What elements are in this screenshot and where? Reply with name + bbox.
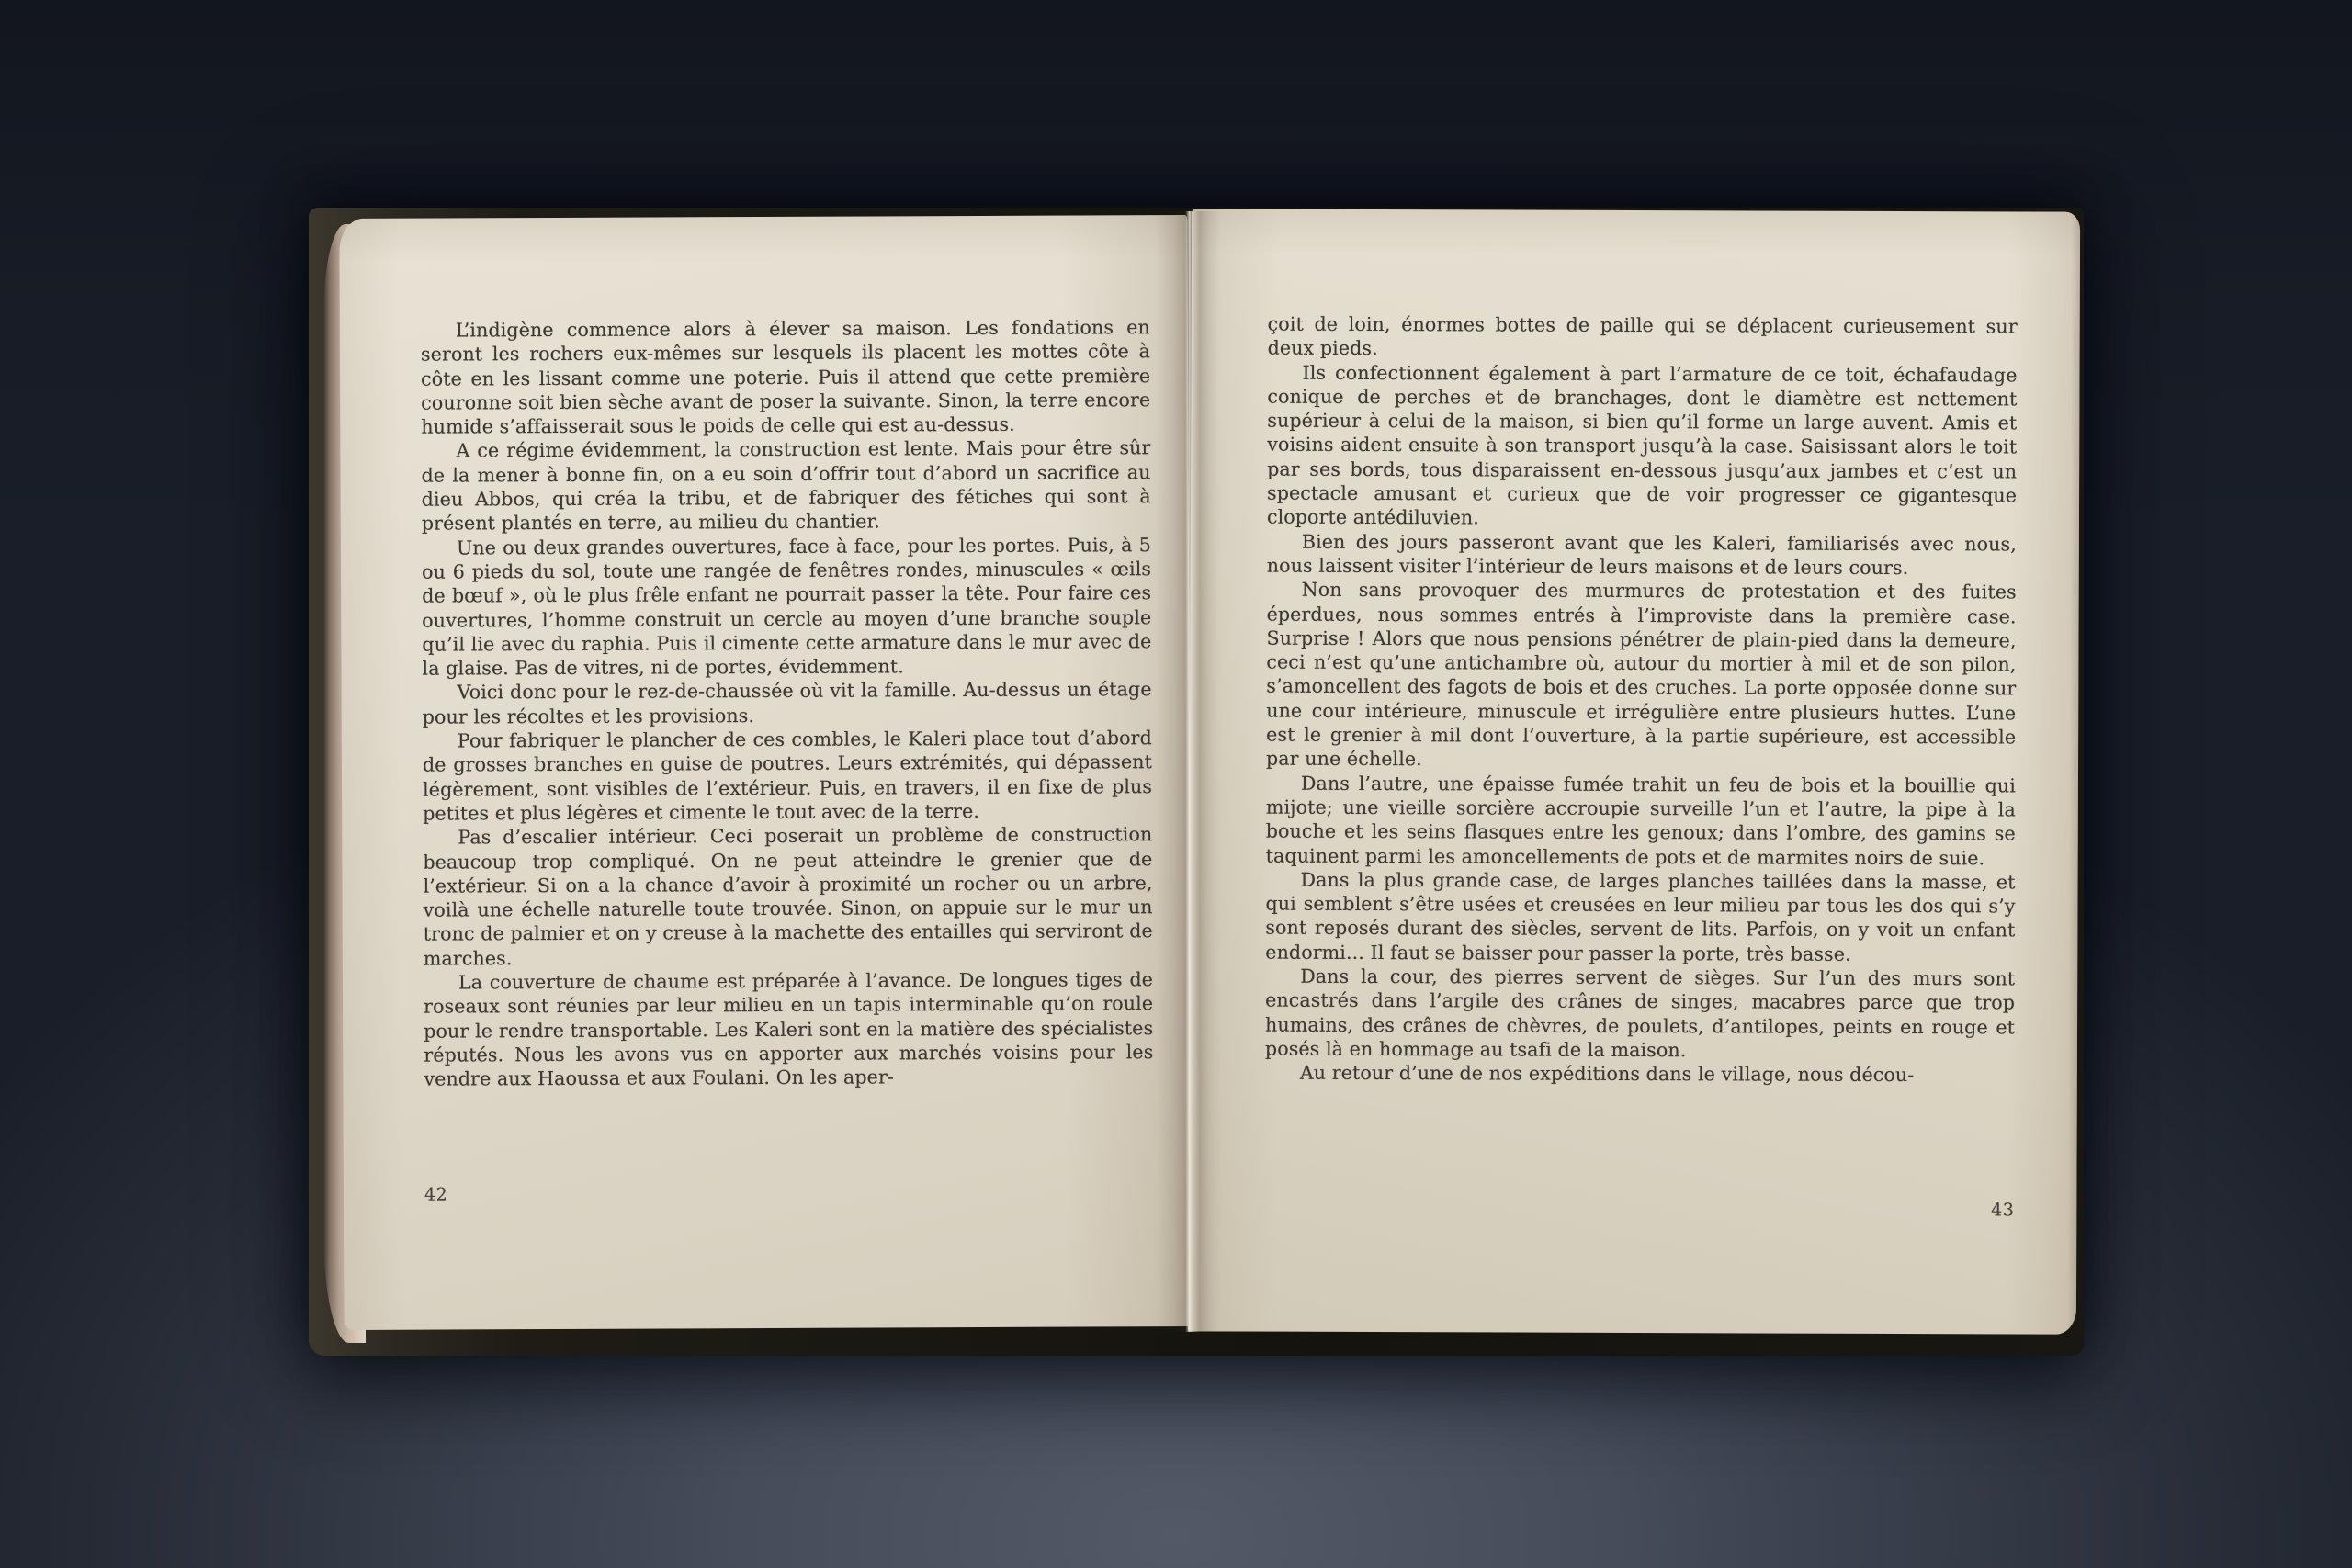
paragraph: A ce régime évidemment, la construction … — [421, 436, 1150, 536]
paragraph: La couverture de chaume est préparée à l… — [424, 967, 1154, 1091]
paragraph: L’indigène commence alors à élever sa ma… — [421, 315, 1151, 439]
right-page: çoit de loin, énormes bottes de paille q… — [1188, 209, 2080, 1334]
paragraph: Non sans provoquer des murmures de prote… — [1266, 578, 2017, 773]
gutter-shadow — [1156, 211, 1222, 1332]
paragraph: Une ou deux grandes ouvertures, face à f… — [422, 533, 1152, 681]
paragraph: Dans l’autre, une épaisse fumée trahit u… — [1266, 771, 2016, 870]
paragraph: Ils confectionnent également à part l’ar… — [1267, 360, 2018, 532]
paragraph: Bien des jours passeront avant que les K… — [1267, 529, 2017, 580]
right-page-number: 43 — [1264, 1198, 2014, 1221]
left-page: L’indigène commence alors à élever sa ma… — [339, 215, 1192, 1330]
paragraph: Voici donc pour le rez-de-chaussée où vi… — [423, 678, 1152, 729]
paragraph: Pas d’escalier intérieur. Ceci poserait … — [423, 822, 1153, 970]
left-page-number: 42 — [424, 1185, 447, 1205]
left-page-text: L’indigène commence alors à élever sa ma… — [421, 315, 1154, 1091]
paragraph: Au retour d’une de nos expéditions dans … — [1265, 1061, 2015, 1088]
photo-backdrop: L’indigène commence alors à élever sa ma… — [0, 0, 2352, 1568]
right-page-text: çoit de loin, énormes bottes de paille q… — [1265, 312, 2018, 1088]
paragraph: Dans la plus grande case, de larges plan… — [1265, 867, 2015, 966]
paragraph: Pour fabriquer le plancher de ces comble… — [423, 726, 1152, 826]
paragraph: çoit de loin, énormes bottes de paille q… — [1268, 312, 2018, 363]
open-book: L’indigène commence alors à élever sa ma… — [0, 0, 2352, 1568]
paragraph: Dans la cour, des pierres servent de siè… — [1265, 964, 2015, 1064]
